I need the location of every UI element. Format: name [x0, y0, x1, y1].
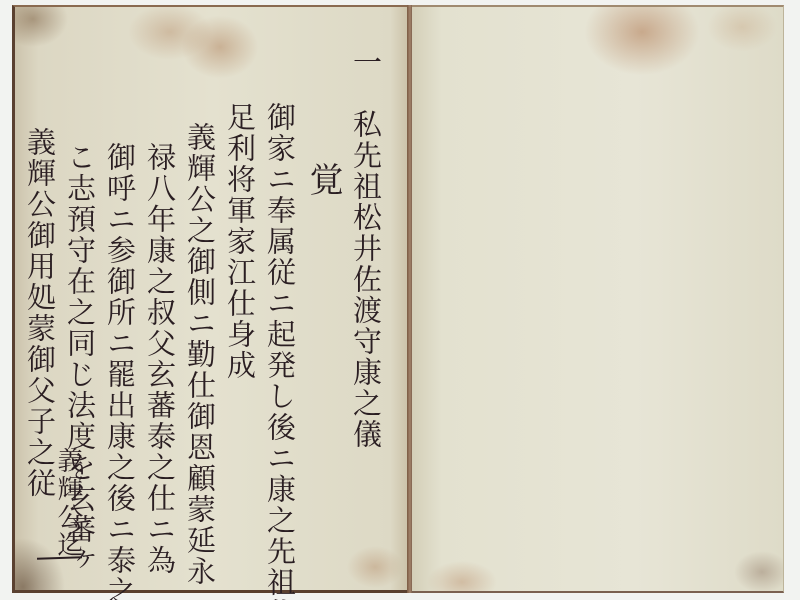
manuscript-spread: 一 私先祖松井佐渡守康之儀 覚 御家ニ奉属従ニ起発し後ニ康之先祖代ニ 足利将軍家… — [12, 5, 784, 593]
text-column-3: 足利将軍家江仕身成 — [218, 102, 254, 587]
text-column-2: 御家ニ奉属従ニ起発し後ニ康之先祖代ニ — [258, 102, 294, 587]
text-column-5: 禄八年康之叔父玄蕃泰之仕ニ為 — [138, 142, 174, 587]
left-page: 一 私先祖松井佐渡守康之儀 覚 御家ニ奉属従ニ起発し後ニ康之先祖代ニ 足利将軍家… — [12, 5, 410, 593]
right-page-blank — [412, 5, 784, 593]
text-column-4: 義輝公之御側ニ勤仕御恩顧蒙延永 — [178, 122, 214, 587]
text-column-9: 義輝公迄 — [45, 447, 81, 559]
document-title: 覚 — [304, 162, 340, 587]
text-column-6: 御呼ニ参御所ニ罷出康之後ニ泰之 — [98, 142, 134, 587]
text-column-1: 一 私先祖松井佐渡守康之儀 — [344, 47, 380, 587]
